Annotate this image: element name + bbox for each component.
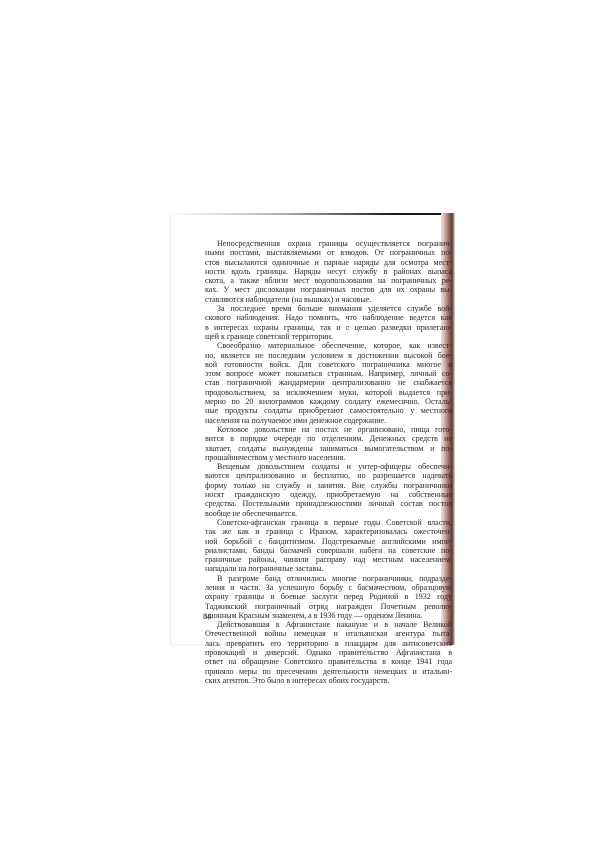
paragraph: Своеобразно материальное обеспечение, ко… [205, 341, 452, 425]
text-line: населения на получаемое ими денежное сод… [205, 416, 452, 425]
text-line: став пограничной жандармерии централизов… [205, 378, 452, 387]
text-line: ставляются наблюдатели (на вышках) и час… [205, 295, 452, 304]
text-line: ления и части. За успешную борьбу с басм… [205, 583, 452, 592]
text-line: щей к границе советской территории. [205, 332, 452, 341]
text-line: ности вдоль границы. Наряды несут службу… [205, 267, 452, 276]
text-line: форму только на службу и занятия. Вне сл… [205, 481, 452, 490]
text-line: в интересах охраны границы, так и с цель… [205, 323, 452, 332]
text-line: носят гражданскую одежду, приобретаемую … [205, 490, 452, 499]
paragraph: Котловое довольствие на постах не органи… [205, 425, 452, 462]
text-line: продовольствием, за исключением муки, ко… [205, 388, 452, 397]
paragraph: За последнее время больше внимания уделя… [205, 304, 452, 341]
page-body-text: Непосредственная охрана границы осуществ… [205, 239, 452, 685]
text-line: ских агентов. Это было в интересах обоих… [205, 676, 452, 685]
text-line: Советско-афганская граница в первые годы… [205, 518, 452, 527]
text-line: Таджикский пограничный отряд награжден П… [205, 602, 452, 611]
text-line: приняло меры по пресечению деятельности … [205, 667, 452, 676]
paragraph: Действовавшая в Афганистане накануне и в… [205, 620, 452, 685]
text-line: Непосредственная охрана границы осуществ… [205, 239, 452, 248]
paragraph: Непосредственная охрана границы осуществ… [205, 239, 452, 304]
text-line: мерно по 20 килограммов каждому солдату … [205, 397, 452, 406]
text-line: лась превратить его территорию в плацдар… [205, 639, 452, 648]
text-line: В разгроме банд отличились многие погран… [205, 574, 452, 583]
text-line: так же как и граница с Ираном, характери… [205, 527, 452, 536]
text-line: ваются централизованно и бесплатно, но р… [205, 471, 452, 480]
paragraph: Вещевым довольствием солдаты и унтер-офи… [205, 462, 452, 518]
text-line: Вещевым довольствием солдаты и унтер-офи… [205, 462, 452, 471]
text-line: За последнее время больше внимания уделя… [205, 304, 452, 313]
text-line: скота, а также вблизи мест водопользован… [205, 276, 452, 285]
text-line: охрану границы и боевые заслуги перед Ро… [205, 592, 452, 601]
text-line: ционным Красным знаменем, а в 1936 году … [205, 611, 452, 620]
paragraph: Советско-афганская граница в первые годы… [205, 518, 452, 574]
text-line: средства. Постельными принадлежностями л… [205, 499, 452, 508]
page-number: 84 [203, 611, 212, 621]
text-line: хватает, солдаты вынуждены заниматься вы… [205, 444, 452, 453]
text-line: ными постами, выставляемыми от взводов. … [205, 248, 452, 257]
text-line: ные продукты солдаты приобретают самосто… [205, 406, 452, 415]
text-line: ной борьбой с бандитизмом. Подстрекаемые… [205, 537, 452, 546]
text-line: стов высылаются одиночные и парные наряд… [205, 258, 452, 267]
page-top-edge [170, 213, 455, 215]
text-line: граничные районы, чинили расправу над ме… [205, 555, 452, 564]
text-line: вообще не обеспечивается. [205, 509, 452, 518]
text-line: Котловое довольствие на постах не органи… [205, 425, 452, 434]
page-left-edge [170, 214, 171, 644]
paragraph: В разгроме банд отличились многие погран… [205, 574, 452, 620]
text-line: вой готовности войск. Для советского пог… [205, 360, 452, 369]
text-line: скового наблюдения. Надо помнить, что на… [205, 313, 452, 322]
text-line: Действовавшая в Афганистане накануне и в… [205, 620, 452, 629]
text-line: ответ на обращение Советского правительс… [205, 657, 452, 666]
text-line: Своеобразно материальное обеспечение, ко… [205, 341, 452, 350]
text-line: этом вопросе может показаться странным. … [205, 369, 452, 378]
text-line: нападали на пограничные заставы. [205, 564, 452, 573]
text-line: но, является не последним условием в дос… [205, 351, 452, 360]
text-line: провокаций и диверсий. Однако правительс… [205, 648, 452, 657]
text-line: ках. У мест дислокации пограничных посто… [205, 285, 452, 294]
text-line: прошайничеством у местного населения. [205, 453, 452, 462]
text-line: вится в порядке очереди по отделениям. Д… [205, 434, 452, 443]
text-line: Отечественной войны немецкая и итальянск… [205, 629, 452, 638]
text-line: риалистами, банды басмачей совершали наб… [205, 546, 452, 555]
